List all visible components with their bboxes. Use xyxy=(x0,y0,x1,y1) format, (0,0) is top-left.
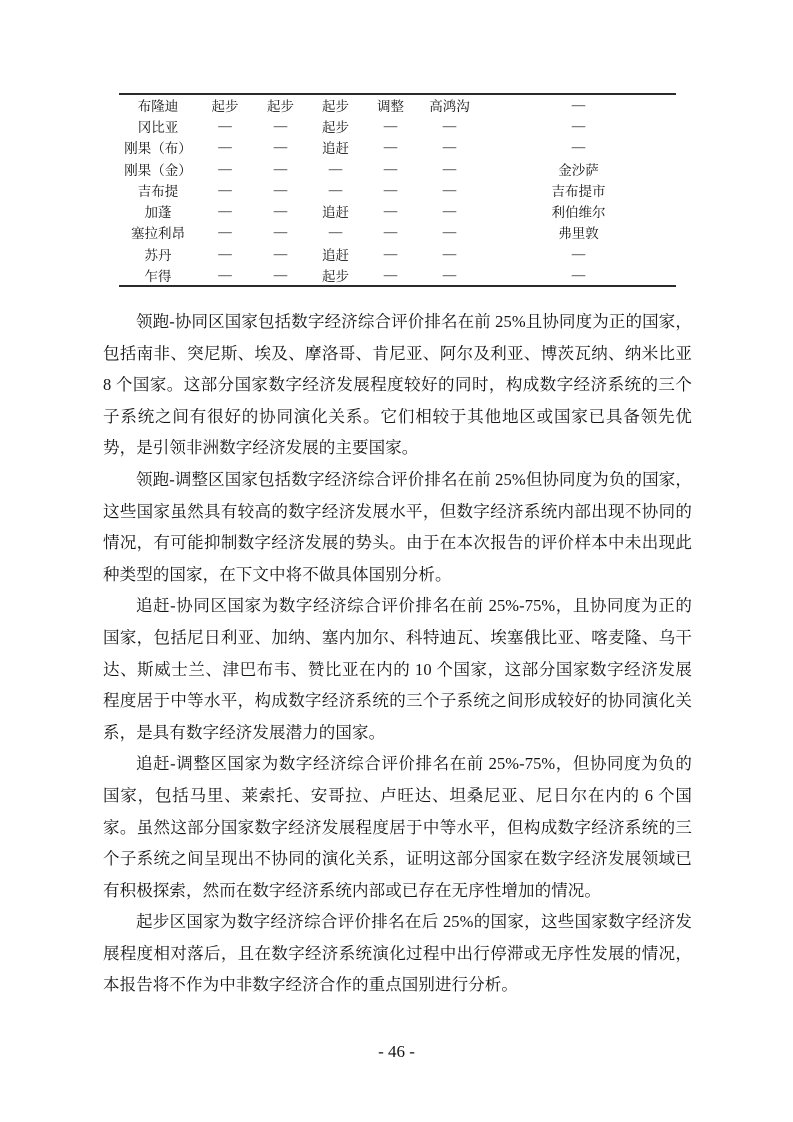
table-row: 乍得 — — 起步 — — — xyxy=(119,264,676,285)
table-cell: — xyxy=(197,200,253,221)
table-cell: — xyxy=(363,243,418,264)
table-cell: — xyxy=(308,222,363,243)
table-cell: 起步 xyxy=(308,264,363,285)
page-number: - 46 - xyxy=(0,1042,793,1062)
table-cell: — xyxy=(197,158,253,179)
table-cell-country: 刚果（金） xyxy=(119,158,197,179)
table-cell: 调整 xyxy=(363,94,418,115)
table-cell: 追赶 xyxy=(308,200,363,221)
table-cell: — xyxy=(481,94,676,115)
table-cell: — xyxy=(363,137,418,158)
table-cell-country: 冈比亚 xyxy=(119,115,197,136)
table-cell: — xyxy=(197,137,253,158)
table-row: 冈比亚 — — 起步 — — — xyxy=(119,115,676,136)
table-cell: — xyxy=(418,179,481,200)
table-cell: 弗里敦 xyxy=(481,222,676,243)
table-cell: — xyxy=(481,243,676,264)
table-cell: — xyxy=(418,222,481,243)
table-row: 刚果（布） — — 追赶 — — — xyxy=(119,137,676,158)
table-cell: — xyxy=(197,115,253,136)
table-cell: — xyxy=(308,158,363,179)
table-cell: — xyxy=(418,200,481,221)
table-cell: — xyxy=(363,179,418,200)
table-row: 塞拉利昂 — — — — — 弗里敦 xyxy=(119,222,676,243)
table-cell-country: 刚果（布） xyxy=(119,137,197,158)
table-cell: — xyxy=(253,158,308,179)
table-cell: — xyxy=(253,115,308,136)
table-cell: 吉布提市 xyxy=(481,179,676,200)
table-cell: — xyxy=(418,115,481,136)
table-cell: — xyxy=(253,200,308,221)
table-cell: 金沙萨 xyxy=(481,158,676,179)
table-cell: — xyxy=(363,264,418,285)
table-cell: — xyxy=(253,243,308,264)
table-cell-country: 苏丹 xyxy=(119,243,197,264)
body-paragraph: 领跑-调整区国家包括数字经济综合评价排名在前 25%但协同度为负的国家，这些国家… xyxy=(103,464,692,590)
table-cell: — xyxy=(418,243,481,264)
table-cell: 追赶 xyxy=(308,137,363,158)
table-cell: — xyxy=(363,200,418,221)
table-cell: — xyxy=(197,179,253,200)
table-cell: 追赶 xyxy=(308,243,363,264)
table-row: 刚果（金） — — — — — 金沙萨 xyxy=(119,158,676,179)
body-paragraph: 起步区国家为数字经济综合评价排名在后 25%的国家，这些国家数字经济发展程度相对… xyxy=(103,906,692,1001)
table-row: 布隆迪 起步 起步 起步 调整 高鸿沟 — xyxy=(119,94,676,115)
table-cell: 起步 xyxy=(308,115,363,136)
country-classification-table: 布隆迪 起步 起步 起步 调整 高鸿沟 — 冈比亚 — — 起步 — — — 刚… xyxy=(119,93,676,287)
table-cell: — xyxy=(418,158,481,179)
table-cell: — xyxy=(197,222,253,243)
table-row: 吉布提 — — — — — 吉布提市 xyxy=(119,179,676,200)
body-text: 领跑-协同区国家包括数字经济综合评价排名在前 25%且协同度为正的国家，包括南非… xyxy=(103,306,692,1001)
body-paragraph: 领跑-协同区国家包括数字经济综合评价排名在前 25%且协同度为正的国家，包括南非… xyxy=(103,306,692,464)
table-row: 加蓬 — — 追赶 — — 利伯维尔 xyxy=(119,200,676,221)
table-cell: 利伯维尔 xyxy=(481,200,676,221)
table-cell: — xyxy=(253,179,308,200)
table-cell: — xyxy=(481,137,676,158)
document-page: 布隆迪 起步 起步 起步 调整 高鸿沟 — 冈比亚 — — 起步 — — — 刚… xyxy=(0,0,793,1122)
table-row: 苏丹 — — 追赶 — — — xyxy=(119,243,676,264)
table-cell: — xyxy=(308,179,363,200)
table-cell-country: 布隆迪 xyxy=(119,94,197,115)
table-cell: — xyxy=(197,264,253,285)
table-cell: — xyxy=(253,264,308,285)
table-cell: — xyxy=(418,137,481,158)
table-cell: 起步 xyxy=(308,94,363,115)
table-cell-country: 塞拉利昂 xyxy=(119,222,197,243)
table-cell: — xyxy=(363,158,418,179)
table-cell: — xyxy=(253,137,308,158)
table-cell: — xyxy=(363,222,418,243)
table-cell: — xyxy=(481,264,676,285)
table-cell: 高鸿沟 xyxy=(418,94,481,115)
table-cell: — xyxy=(197,243,253,264)
table-cell-country: 乍得 xyxy=(119,264,197,285)
table-cell: 起步 xyxy=(253,94,308,115)
table-cell: — xyxy=(418,264,481,285)
table-cell-country: 吉布提 xyxy=(119,179,197,200)
table-cell: — xyxy=(363,115,418,136)
table-cell: — xyxy=(481,115,676,136)
table-cell: — xyxy=(253,222,308,243)
body-paragraph: 追赶-调整区国家为数字经济综合评价排名在前 25%-75%，但协同度为负的国家，… xyxy=(103,748,692,906)
table-cell: 起步 xyxy=(197,94,253,115)
body-paragraph: 追赶-协同区国家为数字经济综合评价排名在前 25%-75%，且协同度为正的国家，… xyxy=(103,590,692,748)
table-cell-country: 加蓬 xyxy=(119,200,197,221)
